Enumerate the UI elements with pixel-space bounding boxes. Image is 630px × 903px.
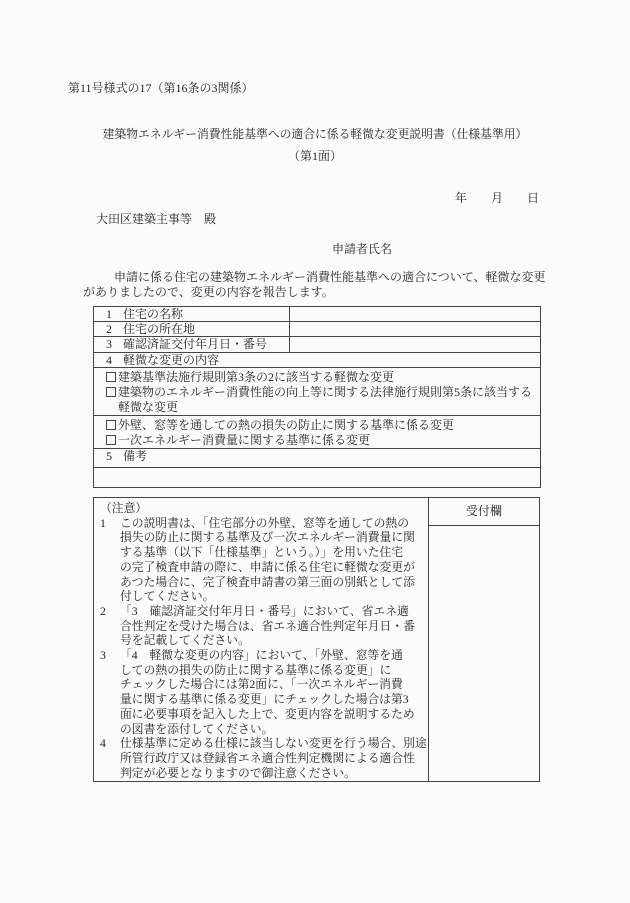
reception-stamp-area[interactable] xyxy=(429,526,539,781)
document-title: 建築物エネルギー消費性能基準への適合に係る軽微な変更説明書（仕様基準用） xyxy=(0,127,630,141)
note-number: 4 xyxy=(100,736,106,751)
section-remarks-header: 5備考 xyxy=(94,449,541,468)
date-line: 年 月 日 xyxy=(455,191,539,205)
table-row: 建築基準法施行規則第3条の2に該当する軽微な変更 建築物のエネルギー消費性能の向… xyxy=(94,368,541,416)
row-label-text: 確認済証交付年月日・番号 xyxy=(123,337,267,351)
checkbox-group-regulation: 建築基準法施行規則第3条の2に該当する軽微な変更 建築物のエネルギー消費性能の向… xyxy=(94,368,541,416)
row-label-text: 軽微な変更の内容 xyxy=(123,353,219,367)
note-text: 仕様基準に定める仕様に該当しない変更を行う場合、別途 所管行政庁又は登録省エネ適… xyxy=(120,736,427,779)
row-number: 5 xyxy=(106,450,123,463)
note-number: 2 xyxy=(100,604,106,619)
checkbox-primary-energy-standard[interactable] xyxy=(106,435,116,445)
section-minor-change-header: 4軽微な変更の内容 xyxy=(94,353,541,368)
row-label-text: 住宅の名称 xyxy=(123,307,183,321)
sheet-label: （第1面） xyxy=(0,149,630,163)
row-number: 4 xyxy=(106,354,123,367)
table-row: 2住宅の所在地 xyxy=(94,322,541,337)
checkbox-energy-law-rule-5[interactable] xyxy=(106,387,116,397)
row-label-text: 備考 xyxy=(123,449,147,463)
applicant-name-label: 申請者氏名 xyxy=(332,242,392,256)
checkbox-building-standards-rule-3-2[interactable] xyxy=(106,372,116,382)
row-label-text: 住宅の所在地 xyxy=(123,322,195,336)
table-row: 4軽微な変更の内容 xyxy=(94,353,541,368)
checkbox-line: 一次エネルギー消費量に関する基準に係る変更 xyxy=(94,433,536,448)
reception-label: 受付欄 xyxy=(429,498,539,526)
checkbox-line: 建築物のエネルギー消費性能の向上等に関する法律施行規則第5条に該当する 軽微な変… xyxy=(94,385,536,415)
checkbox-line: 建築基準法施行規則第3条の2に該当する軽微な変更 xyxy=(94,370,536,385)
notes-heading: （注意） xyxy=(100,501,428,516)
checkbox-line: 外壁、窓等を通しての熱の損失の防止に関する基準に係る変更 xyxy=(94,418,536,433)
table-row: 1住宅の名称 xyxy=(94,307,541,322)
checkbox-label: 建築基準法施行規則第3条の2に該当する軽微な変更 xyxy=(118,370,394,384)
table-row: 3確認済証交付年月日・番号 xyxy=(94,337,541,353)
form-number: 第11号様式の17（第16条の3関係） xyxy=(68,81,254,95)
table-row: 外壁、窓等を通しての熱の損失の防止に関する基準に係る変更 一次エネルギー消費量に… xyxy=(94,416,541,449)
notes-text: （注意） 1この説明書は、「住宅部分の外壁、窓等を通しての熱の 損失の防止に関す… xyxy=(94,498,428,781)
row-label-house-location: 2住宅の所在地 xyxy=(94,322,290,337)
table-row: 5備考 xyxy=(94,449,541,468)
note-item: 3「4 軽微な変更の内容」において、「外壁、窓等を通 しての熱の損失の防止に関す… xyxy=(100,648,428,736)
checkbox-label: 外壁、窓等を通しての熱の損失の防止に関する基準に係る変更 xyxy=(118,418,454,432)
row-label-house-name: 1住宅の名称 xyxy=(94,307,290,322)
field-certificate-date-number[interactable] xyxy=(290,337,541,353)
field-remarks[interactable] xyxy=(94,468,541,488)
intro-paragraph: 申請に係る住宅の建築物エネルギー消費性能基準への適合について、軽微な変更 があり… xyxy=(83,270,553,300)
note-item: 1この説明書は、「住宅部分の外壁、窓等を通しての熱の 損失の防止に関する基準及び… xyxy=(100,516,428,604)
note-text: 「4 軽微な変更の内容」において、「外壁、窓等を通 しての熱の損失の防止に関する… xyxy=(120,648,415,736)
reception-column: 受付欄 xyxy=(428,498,539,781)
row-number: 2 xyxy=(106,323,123,336)
row-label-certificate-date-number: 3確認済証交付年月日・番号 xyxy=(94,337,290,353)
note-number: 3 xyxy=(100,648,106,663)
document-page: 第11号様式の17（第16条の3関係） 建築物エネルギー消費性能基準への適合に係… xyxy=(0,0,630,903)
checkbox-label: 一次エネルギー消費量に関する基準に係る変更 xyxy=(118,433,370,447)
note-item: 4仕様基準に定める仕様に該当しない変更を行う場合、別途 所管行政庁又は登録省エネ… xyxy=(100,736,428,780)
table-row xyxy=(94,468,541,488)
notes-section: （注意） 1この説明書は、「住宅部分の外壁、窓等を通しての熱の 損失の防止に関す… xyxy=(93,497,540,782)
field-house-location[interactable] xyxy=(290,322,541,337)
addressee: 大田区建築主事等 殿 xyxy=(96,212,216,226)
field-house-name[interactable] xyxy=(290,307,541,322)
row-number: 1 xyxy=(106,308,123,321)
row-number: 3 xyxy=(106,338,123,351)
note-text: この説明書は、「住宅部分の外壁、窓等を通しての熱の 損失の防止に関する基準及び一… xyxy=(120,516,415,604)
checkbox-group-standards: 外壁、窓等を通しての熱の損失の防止に関する基準に係る変更 一次エネルギー消費量に… xyxy=(94,416,541,449)
note-item: 2「3 確認済証交付年月日・番号」において、省エネ適 合性判定を受けた場合は、省… xyxy=(100,604,428,648)
main-form-table: 1住宅の名称 2住宅の所在地 3確認済証交付年月日・番号 4軽微な変更の内容 建… xyxy=(93,306,541,488)
checkbox-heat-loss-standard[interactable] xyxy=(106,420,116,430)
note-text: 「3 確認済証交付年月日・番号」において、省エネ適 合性判定を受けた場合は、省エ… xyxy=(120,604,415,647)
note-number: 1 xyxy=(100,516,106,531)
checkbox-label: 建築物のエネルギー消費性能の向上等に関する法律施行規則第5条に該当する 軽微な変… xyxy=(118,385,532,414)
